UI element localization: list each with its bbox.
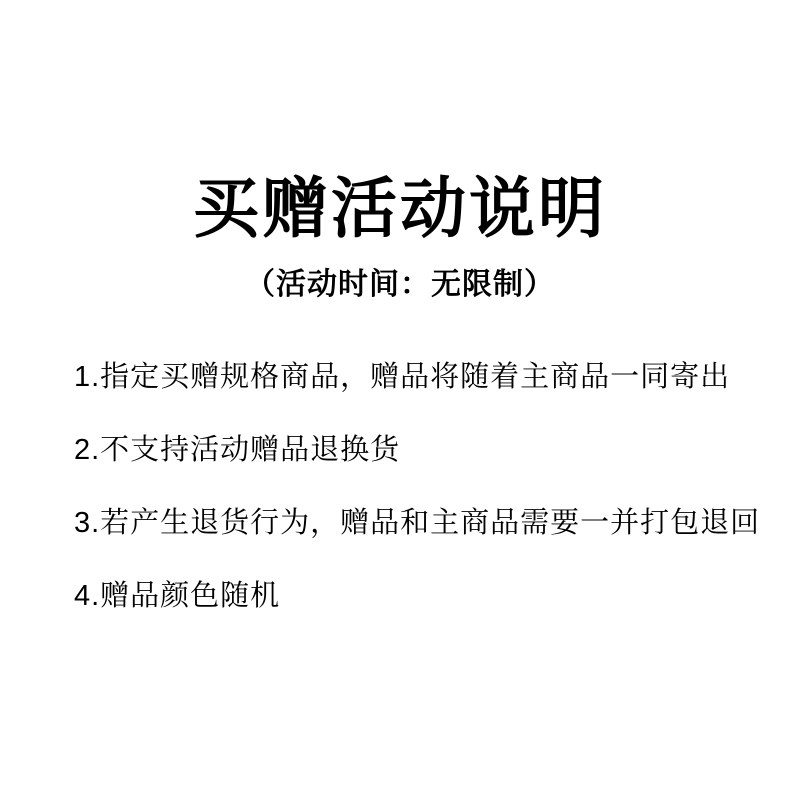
page-subtitle: （活动时间：无限制） — [0, 259, 800, 303]
page-title: 买赠活动说明 — [0, 172, 800, 245]
list-item: 3.若产生退货行为，赠品和主商品需要一并打包退回 — [74, 505, 750, 541]
list-item: 2.不支持活动赠品退换货 — [74, 432, 750, 468]
list-item: 1.指定买赠规格商品，赠品将随着主商品一同寄出 — [74, 359, 750, 395]
rules-list: 1.指定买赠规格商品，赠品将随着主商品一同寄出 2.不支持活动赠品退换货 3.若… — [0, 359, 800, 614]
list-item: 4.赠品颜色随机 — [74, 578, 750, 614]
notice-page: 买赠活动说明 （活动时间：无限制） 1.指定买赠规格商品，赠品将随着主商品一同寄… — [0, 0, 800, 800]
